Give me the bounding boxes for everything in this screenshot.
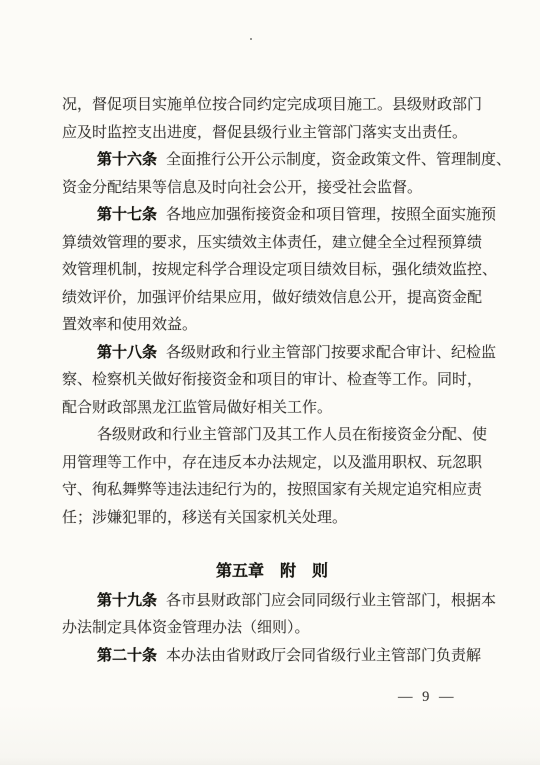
text-line: 守、徇私舞弊等违法违纪行为的，按照国家有关规定追究相应责 (62, 477, 482, 505)
line-text: 各地应加强衔接资金和项目管理，按照全面实施预 (166, 207, 496, 223)
line-text: 守、徇私舞弊等违法违纪行为的，按照国家有关规定追究相应责 (62, 482, 482, 498)
line-text: 绩效评价，加强评价结果应用，做好绩效信息公开，提高资金配 (62, 290, 482, 306)
article-number: 第十九条 (97, 593, 157, 609)
text-line: 第十六条全面推行公开公示制度，资金政策文件、管理制度、 (62, 147, 482, 175)
scan-speck (250, 38, 252, 40)
text-line: 任；涉嫌犯罪的，移送有关国家机关处理。 (62, 505, 482, 533)
line-text: 各级财政和行业主管部门及其工作人员在衔接资金分配、使 (97, 427, 487, 443)
line-text: 效管理机制，按规定科学合理设定项目绩效目标，强化绩效监控、 (62, 262, 497, 278)
text-line: 第十八条各级财政和行业主管部门按要求配合审计、纪检监 (62, 340, 482, 368)
text-line: 第二十条本办法由省财政厅会同省级行业主管部门负责解 (62, 643, 482, 671)
line-text: 本办法由省财政厅会同省级行业主管部门负责解 (166, 648, 481, 664)
line-text: 各市县财政部门应会同同级行业主管部门，根据本 (166, 593, 496, 609)
article-number: 第十六条 (97, 152, 157, 168)
line-text: 算绩效管理的要求，压实绩效主体责任，建立健全全过程预算绩 (62, 235, 482, 251)
line-text: 办法制定具体资金管理办法（细则）。 (62, 620, 310, 636)
article-number: 第十八条 (97, 345, 157, 361)
text-line: 置效率和使用效益。 (62, 312, 482, 340)
page-number: — 9 — (398, 689, 457, 706)
line-text: 置效率和使用效益。 (62, 317, 197, 333)
line-text: 各级财政和行业主管部门按要求配合审计、纪检监 (166, 345, 496, 361)
text-line: 效管理机制，按规定科学合理设定项目绩效目标，强化绩效监控、 (62, 257, 482, 285)
scanned-document-page: 况，督促项目实施单位按合同约定完成项目施工。县级财政部门应及时监控支出进度，督促… (0, 0, 540, 765)
document-body: 况，督促项目实施单位按合同约定完成项目施工。县级财政部门应及时监控支出进度，督促… (62, 92, 482, 670)
text-line: 各级财政和行业主管部门及其工作人员在衔接资金分配、使 (62, 422, 482, 450)
text-line: 况，督促项目实施单位按合同约定完成项目施工。县级财政部门 (62, 92, 482, 120)
text-line: 第十七条各地应加强衔接资金和项目管理，按照全面实施预 (62, 202, 482, 230)
line-text: 配合财政部黑龙江监管局做好相关工作。 (62, 400, 332, 416)
line-text: 应及时监控支出进度，督促县级行业主管部门落实支出责任。 (62, 125, 467, 141)
text-line: 察、检察机关做好衔接资金和项目的审计、检查等工作。同时， (62, 367, 482, 395)
text-line: 算绩效管理的要求，压实绩效主体责任，建立健全全过程预算绩 (62, 230, 482, 258)
article-number: 第二十条 (97, 648, 157, 664)
line-text: 全面推行公开公示制度，资金政策文件、管理制度、 (166, 152, 511, 168)
chapter-heading: 第五章 附 则 (62, 558, 482, 586)
text-line: 用管理等工作中，存在违反本办法规定，以及滥用职权、玩忽职 (62, 450, 482, 478)
text-line: 第十九条各市县财政部门应会同同级行业主管部门，根据本 (62, 588, 482, 616)
text-line: 办法制定具体资金管理办法（细则）。 (62, 615, 482, 643)
text-line: 应及时监控支出进度，督促县级行业主管部门落实支出责任。 (62, 120, 482, 148)
line-text: 用管理等工作中，存在违反本办法规定，以及滥用职权、玩忽职 (62, 455, 482, 471)
line-text: 察、检察机关做好衔接资金和项目的审计、检查等工作。同时， (62, 372, 482, 388)
text-line: 绩效评价，加强评价结果应用，做好绩效信息公开，提高资金配 (62, 285, 482, 313)
line-text: 况，督促项目实施单位按合同约定完成项目施工。县级财政部门 (62, 97, 482, 113)
text-line: 资金分配结果等信息及时向社会公开，接受社会监督。 (62, 175, 482, 203)
article-number: 第十七条 (97, 207, 157, 223)
text-line: 配合财政部黑龙江监管局做好相关工作。 (62, 395, 482, 423)
line-text: 资金分配结果等信息及时向社会公开，接受社会监督。 (62, 180, 422, 196)
line-text: 任；涉嫌犯罪的，移送有关国家机关处理。 (62, 510, 347, 526)
